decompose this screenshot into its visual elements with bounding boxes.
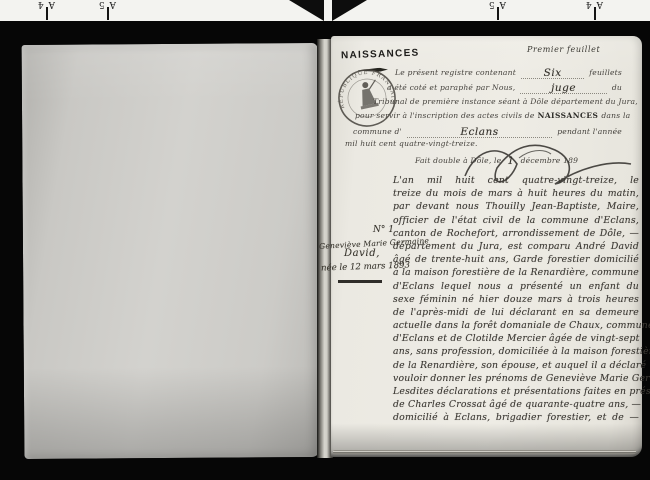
center-fiducial-arrow-icon bbox=[289, 0, 367, 21]
act-line: âgé de trente-huit ans, Garde forestier … bbox=[393, 254, 639, 267]
act-line: canton de Rochefort, arrondissement de D… bbox=[393, 228, 639, 241]
blank-fill: Eclans bbox=[407, 125, 552, 138]
act-line: treize du mois de mars à huit heures du … bbox=[393, 188, 639, 201]
sheet-number-label: Premier feuillet bbox=[527, 45, 600, 54]
margin-surname: David, bbox=[344, 248, 380, 259]
ruler-tick-icon bbox=[46, 7, 48, 20]
blank-fill: juge bbox=[520, 81, 606, 94]
act-line: de la Renardière, son épouse, et auquel … bbox=[393, 360, 639, 373]
calibration-ruler: A 4 A 5 A 5 A 4 bbox=[0, 0, 650, 21]
act-line: de l'après-midi de lui déclarant en sa d… bbox=[393, 307, 639, 320]
register-right-page: Premier feuillet NAISSANCES RÉPUBLIQUE F… bbox=[331, 36, 642, 457]
ruler-tick-icon bbox=[497, 7, 499, 20]
act-line: Lesdites déclarations et présentations f… bbox=[393, 386, 639, 399]
form-line-2: a été coté et paraphé par Nous, juge du bbox=[387, 81, 622, 94]
form-line-5: commune d' Eclans pendant l'année bbox=[353, 125, 622, 138]
act-line: L'an mil huit cent quatre-vingt-treize, … bbox=[393, 175, 639, 188]
act-line: département du Jura, est comparu André D… bbox=[393, 241, 639, 254]
printed-text-bold: NAISSANCES bbox=[538, 111, 599, 120]
printed-text: Tribunal de première instance séant à Dô… bbox=[373, 97, 638, 106]
act-line: de Charles Crossat âgé de quarante-quatr… bbox=[393, 399, 639, 412]
form-line-6: mil huit cent quatre-vingt-treize. bbox=[345, 139, 478, 148]
act-line: sexe féminin né hier douze mars à trois … bbox=[393, 294, 639, 307]
act-line: officier de l'état civil de la commune d… bbox=[393, 215, 639, 228]
ruler-tick-icon bbox=[107, 7, 109, 20]
printed-text: dans la bbox=[601, 111, 630, 120]
printed-text: commune d' bbox=[353, 127, 402, 136]
handwritten-entry: Six bbox=[544, 67, 562, 79]
printed-text: pendant l'année bbox=[557, 127, 622, 136]
act-line: d'Eclans lequel nous a présenté un enfan… bbox=[393, 281, 639, 294]
act-line: ans, sans profession, domiciliée à la ma… bbox=[393, 346, 639, 359]
blank-fill: Six bbox=[521, 66, 584, 79]
act-number: N° 1 bbox=[373, 225, 394, 235]
birth-act-text: L'an mil huit cent quatre-vingt-treize, … bbox=[393, 175, 639, 426]
printed-text: Le présent registre contenant bbox=[395, 68, 516, 77]
printed-text: pour servir à l'inscription des actes ci… bbox=[355, 111, 535, 120]
handwritten-entry: Eclans bbox=[460, 126, 498, 138]
printed-text: feuillets bbox=[589, 68, 622, 77]
margin-rule bbox=[338, 280, 382, 283]
form-line-3: Tribunal de première instance séant à Dô… bbox=[373, 97, 638, 106]
printed-text: du bbox=[612, 83, 622, 92]
printed-text: mil huit cent quatre-vingt-treize. bbox=[345, 139, 478, 148]
page-title: NAISSANCES bbox=[341, 48, 420, 62]
form-line-4: pour servir à l'inscription des actes ci… bbox=[355, 111, 630, 120]
act-line: domicilié à Eclans, brigadier forestier,… bbox=[393, 412, 639, 425]
archival-register-scan: A 4 A 5 A 5 A 4 Premier feuillet NAISSAN… bbox=[0, 0, 650, 480]
blank-left-page bbox=[22, 43, 321, 459]
page-stack-edge bbox=[333, 450, 636, 454]
act-line: par devant nous Thouilly Jean-Baptiste, … bbox=[393, 201, 639, 214]
form-line-1: Le présent registre contenant Six feuill… bbox=[395, 66, 622, 79]
act-line: d'Eclans et de Clotilde Mercier âgée de … bbox=[393, 333, 639, 346]
handwritten-entry: juge bbox=[551, 82, 576, 94]
act-line: vouloir donner les prénoms de Geneviève … bbox=[393, 373, 639, 386]
printed-text: a été coté et paraphé par Nous, bbox=[387, 83, 515, 92]
act-line: actuelle dans la forêt domaniale de Chau… bbox=[393, 320, 639, 333]
act-line: à la maison forestière de la Renardière,… bbox=[393, 267, 639, 280]
ruler-tick-icon bbox=[594, 7, 596, 20]
